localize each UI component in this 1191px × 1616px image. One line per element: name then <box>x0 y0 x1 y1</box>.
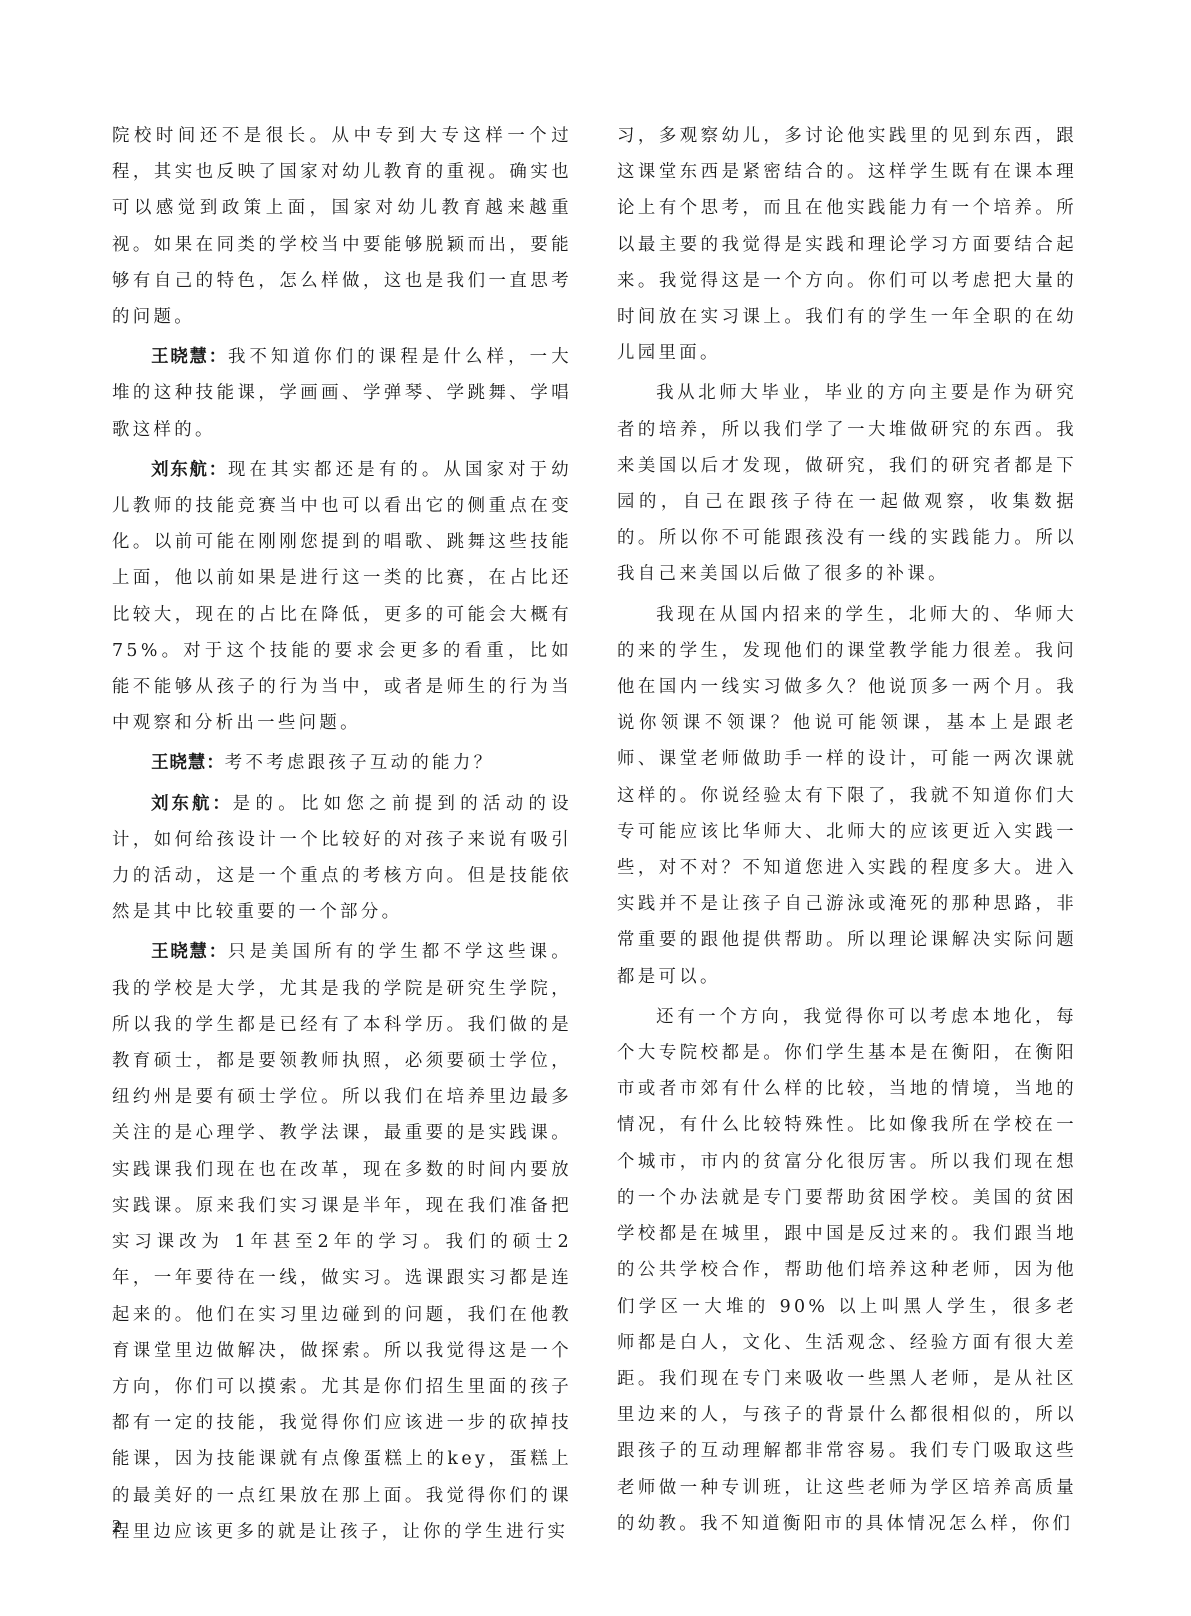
paragraph: 刘东航：是的。比如您之前提到的活动的设计，如何给孩设计一个比较好的对孩子来说有吸… <box>112 786 572 931</box>
paragraph: 院校时间还不是很长。从中专到大专这样一个过程，其实也反映了国家对幼儿教育的重视。… <box>112 118 572 335</box>
paragraph-text: 还有一个方向，我觉得你可以考虑本地化，每个大专院校都是。你们学生基本是在衡阳，在… <box>617 1007 1077 1534</box>
paragraph: 王晓慧：只是美国所有的学生都不学这些课。我的学校是大学，尤其是我的学院是研究生学… <box>112 934 572 1549</box>
paragraph-text: 院校时间还不是很长。从中专到大专这样一个过程，其实也反映了国家对幼儿教育的重视。… <box>112 126 572 327</box>
document-page: 院校时间还不是很长。从中专到大专这样一个过程，其实也反映了国家对幼儿教育的重视。… <box>0 0 1191 1616</box>
right-column: 习，多观察幼儿，多讨论他实践里的见到东西，跟这课堂东西是紧密结合的。这样学生既有… <box>617 118 1077 1546</box>
left-column: 院校时间还不是很长。从中专到大专这样一个过程，其实也反映了国家对幼儿教育的重视。… <box>112 118 572 1554</box>
paragraph: 我从北师大毕业，毕业的方向主要是作为研究者的培养，所以我们学了一大堆做研究的东西… <box>617 375 1077 592</box>
paragraph: 还有一个方向，我觉得你可以考虑本地化，每个大专院校都是。你们学生基本是在衡阳，在… <box>617 999 1077 1542</box>
paragraph-text: 我从北师大毕业，毕业的方向主要是作为研究者的培养，所以我们学了一大堆做研究的东西… <box>617 383 1077 584</box>
paragraph: 王晓慧：我不知道你们的课程是什么样，一大堆的这种技能课，学画画、学弹琴、学跳舞、… <box>112 339 572 448</box>
paragraph-text: 习，多观察幼儿，多讨论他实践里的见到东西，跟这课堂东西是紧密结合的。这样学生既有… <box>617 126 1077 363</box>
speaker-label: 王晓慧： <box>151 942 228 962</box>
paragraph-text: 现在其实都还是有的。从国家对于幼儿教师的技能竞赛当中也可以看出它的侧重点在变化。… <box>112 460 572 733</box>
page-number: 2 <box>112 1516 121 1537</box>
speaker-label: 刘东航： <box>151 794 233 814</box>
speaker-label: 王晓慧： <box>151 753 225 773</box>
paragraph: 我现在从国内招来的学生，北师大的、华师大的来的学生，发现他们的课堂教学能力很差。… <box>617 597 1077 995</box>
paragraph-text: 考不考虑跟孩子互动的能力？ <box>225 753 495 773</box>
paragraph-text: 只是美国所有的学生都不学这些课。我的学校是大学，尤其是我的学院是研究生学院，所以… <box>112 942 572 1541</box>
paragraph: 王晓慧：考不考虑跟孩子互动的能力？ <box>112 745 572 781</box>
paragraph-text: 我现在从国内招来的学生，北师大的、华师大的来的学生，发现他们的课堂教学能力很差。… <box>617 605 1077 987</box>
paragraph: 刘东航：现在其实都还是有的。从国家对于幼儿教师的技能竞赛当中也可以看出它的侧重点… <box>112 452 572 742</box>
speaker-label: 王晓慧： <box>151 347 228 367</box>
speaker-label: 刘东航： <box>151 460 228 480</box>
paragraph: 习，多观察幼儿，多讨论他实践里的见到东西，跟这课堂东西是紧密结合的。这样学生既有… <box>617 118 1077 371</box>
